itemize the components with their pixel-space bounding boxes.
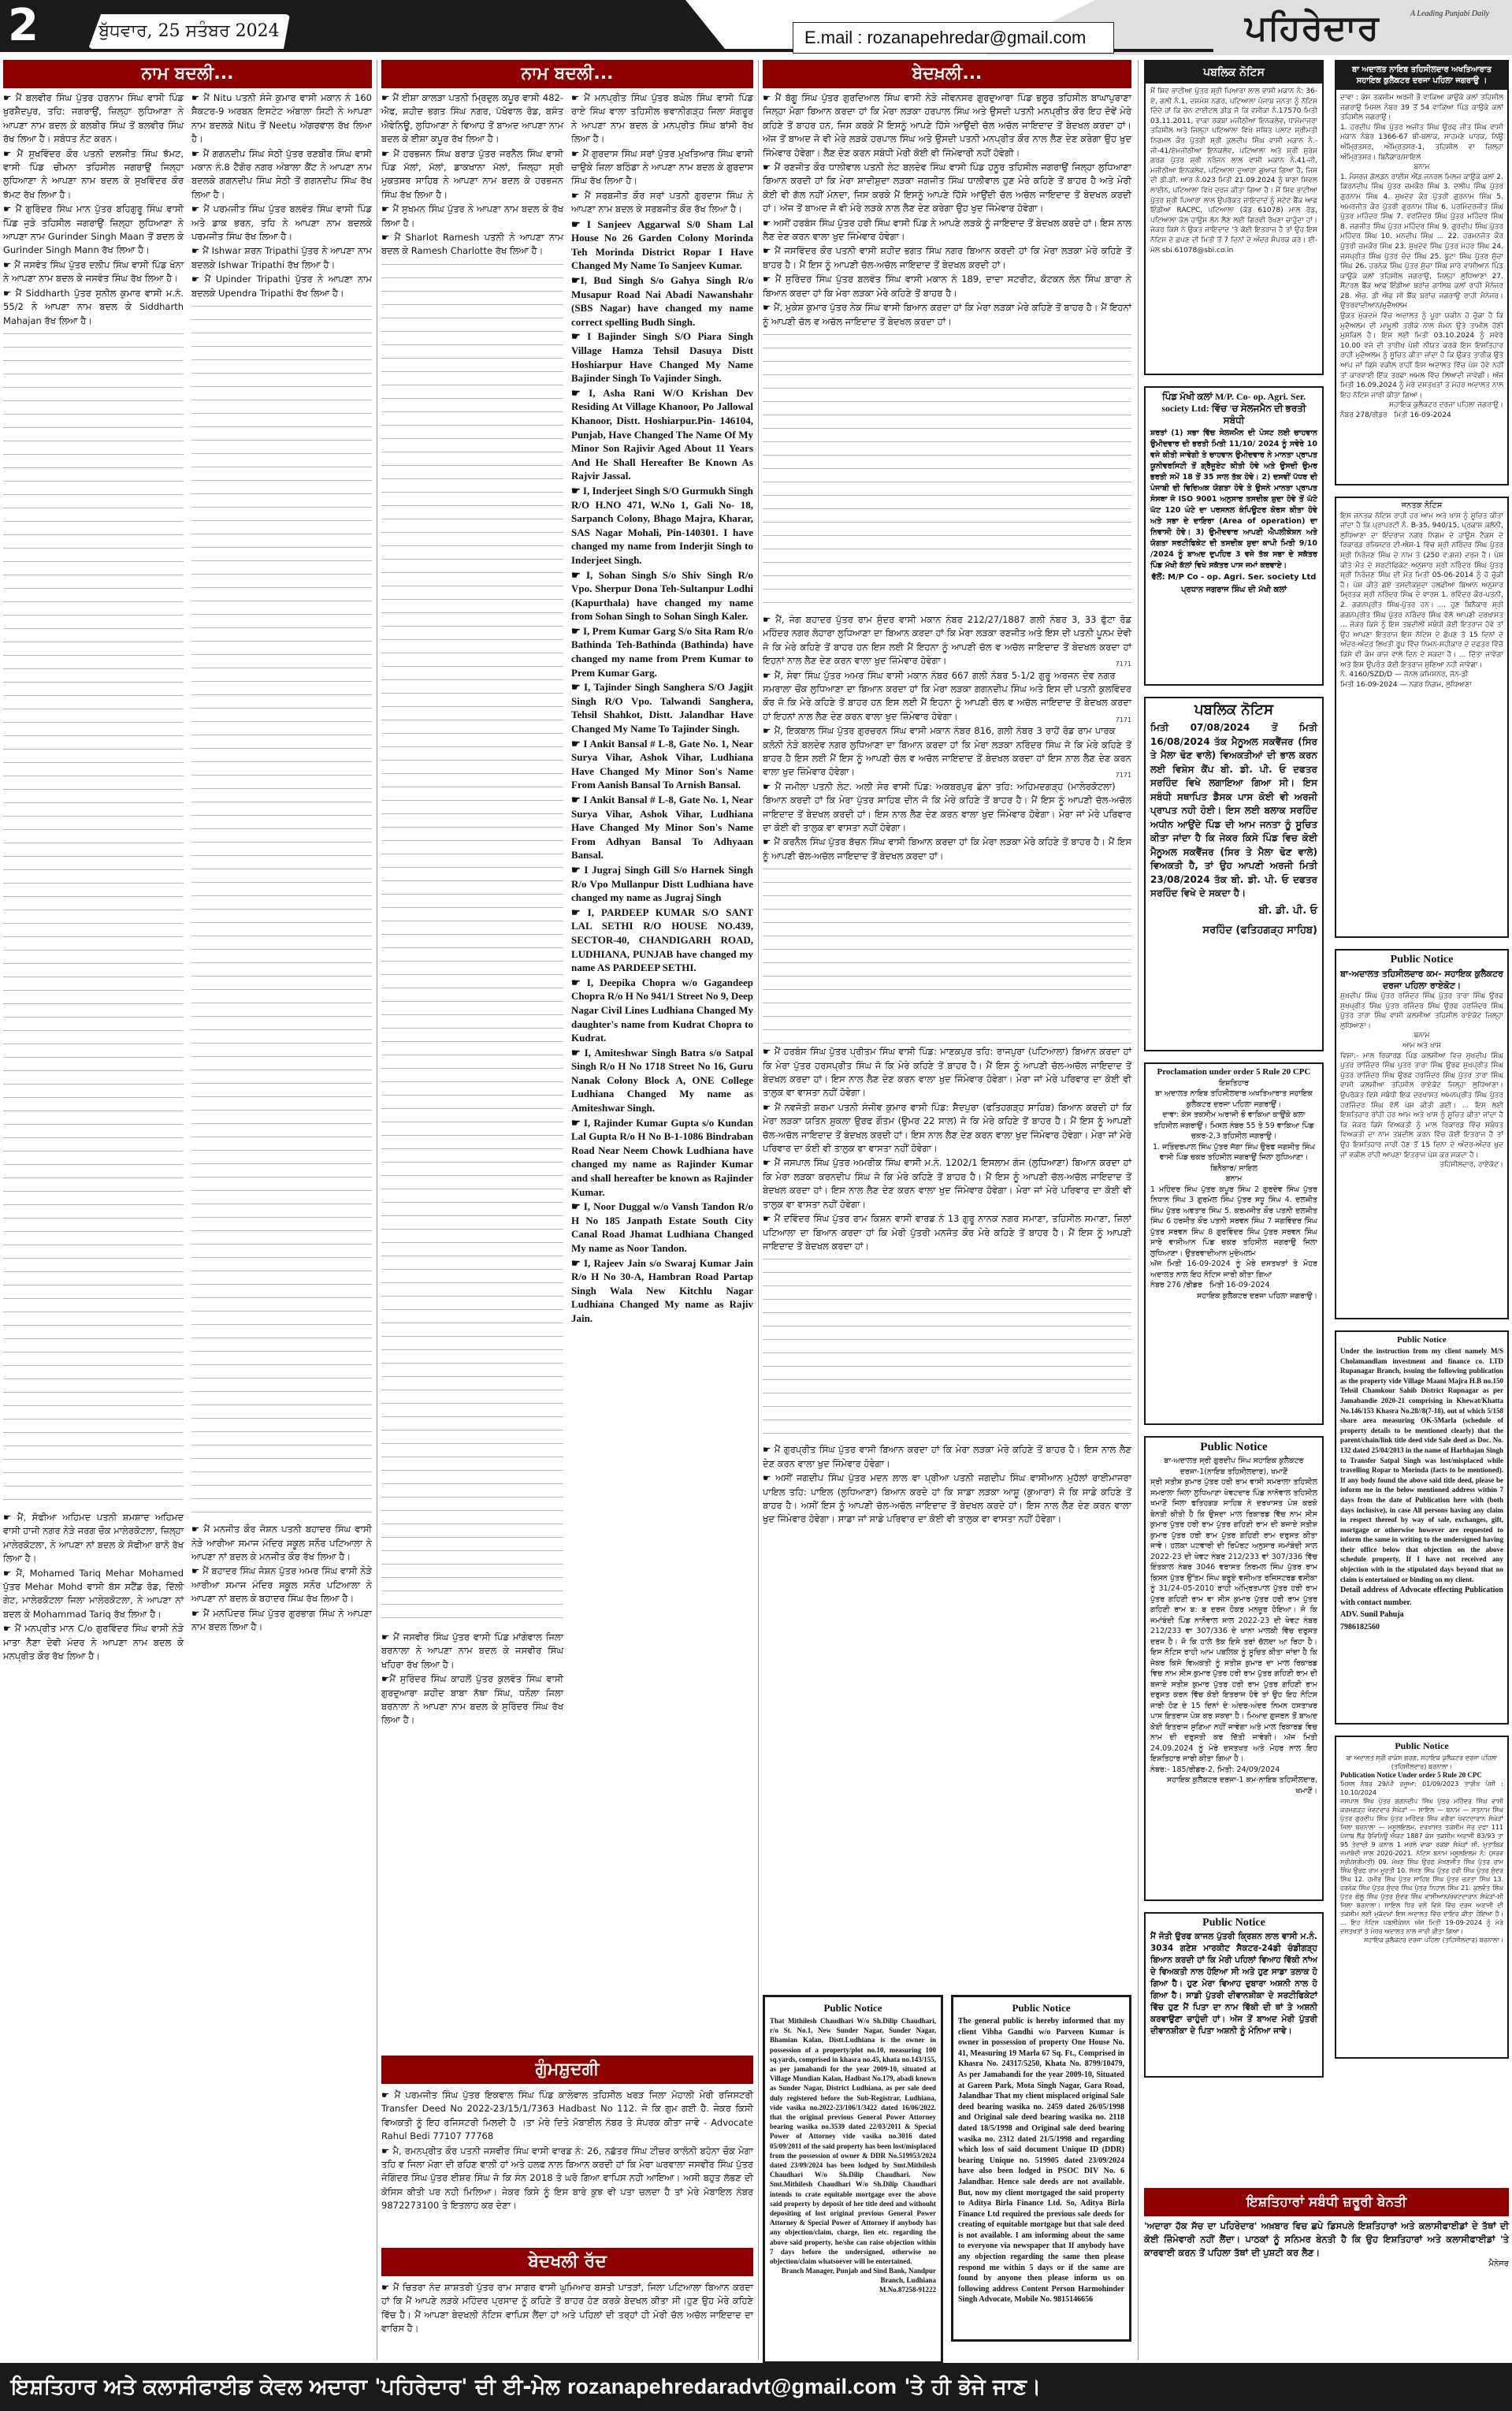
list-item-english: ☛ I, Noor Duggal w/o Vansh Tandon R/o H …: [571, 1200, 753, 1255]
newspaper-logo: ਪਹਿਰੇਦਾਰ: [1245, 8, 1380, 48]
email-link[interactable]: E.mail : rozanapehredar@gmail.com: [793, 22, 1114, 54]
notice-title: ਜਨਤਕ ਨੋਟਿਸ: [1340, 501, 1503, 512]
list-item: ☛ ਮੈਂ Siddharth ਪੁੱਤਰ ਸੁਨੀਲ ਕੁਮਾਰ ਵਾਸੀ ਮ…: [3, 287, 184, 328]
notice-body: ਮੈਂ ਜੋਤੀ ਉਰਫ ਕਾਜਲ ਪੁੱਤਰੀ ਕ੍ਰਿਸ਼ਨ ਲਾਲ ਵਾਸ…: [1150, 1931, 1317, 2037]
notice-title: ਬਾ ਅਦਾਲਤ ਨਾਇਬ ਤਹਿਸੀਲਦਾਰ ਅਖਤਿਆਰਾਤ ਸਹਾਇਕ ਕ…: [1336, 61, 1507, 90]
list-item: ☛ ਮੈਂ Upinder Tripathi ਪੁੱਤਰ ਨੇ ਆਪਣਾ ਨਾਮ…: [191, 273, 372, 300]
list-item: ☛ ਮੈਂ, Mohamed Tariq Mehar Mohamed ਪੁੱਤਰ…: [3, 1567, 184, 1622]
list-item: ☛ ਮੈਂ ਹਰਭਜਨ ਸਿੰਘ ਬਰਾੜ ਪੁੱਤਰ ਜਰਨੈਲ ਸਿੰਘ ਵ…: [381, 147, 563, 203]
public-notice-mithilesh: Public Notice That Mithilesh Chaudhari W…: [763, 1995, 943, 2364]
list-item-english: ☛ I, Amiteshwar Singh Batra s/o Satpal S…: [571, 1046, 753, 1115]
subcolumn-right: ☛ ਮੈਂ Nitu ਪਤਨੀ ਸੰਜੇ ਕੁਮਾਰ ਵਾਸੀ ਮਕਾਨ ਨੰ …: [191, 91, 372, 1664]
notice-phone: M.No.87258-91222: [770, 2285, 936, 2294]
list-item: ☛ ਮੈਂ ਸੁਖਮਨ ਸਿੰਘ ਪੁੱਤਰ ਨੇ ਆਪਣਾ ਨਾਮ ਬਦਲ ਕ…: [381, 203, 563, 230]
parties-text: ਸੁਖਦੀਪ ਸਿੰਘ ਪੁੱਤਰ ਰਜਿੰਦਰ ਸਿੰਘ ਪੁੱਤਰ ਤਾਰਾ…: [1340, 992, 1503, 1031]
notice-title: Public Notice: [1340, 1335, 1503, 1345]
list-item: ☛ ਮੈਂ ਜਸਵੰਤ ਸਿੰਘ ਪੁੱਤਰ ਦਲੀਪ ਸਿੰਘ ਵਾਸੀ ਪਿ…: [3, 259, 184, 286]
plaintiff-text: 1. ਹਰਦੀਪ ਸਿੰਘ ਪੁੱਤਰ ਅਜੀਤ ਸਿੰਘ ਉਰਫ ਜੀਤ ਸਿ…: [1340, 123, 1503, 162]
notice-title: Public Notice: [958, 2002, 1124, 2015]
list-item: ☛ ਮੈਂ ਗੁਰਪ੍ਰੀਤ ਸਿੰਘ ਪੁੱਤਰ ਵਾਸੀ ਬਿਆਨ ਕਰਦਾ…: [763, 1443, 1131, 1471]
proclamation-notice: Proclamation under order 5 Rule 20 CPC ਇ…: [1144, 1062, 1324, 1425]
notice-title: Proclamation under order 5 Rule 20 CPC: [1150, 1067, 1317, 1078]
public-notice-vibha: Public Notice The general public is here…: [951, 1995, 1131, 2342]
list-item: ☛ ਮੈਂ Nitu ਪਤਨੀ ਸੰਜੇ ਕੁਮਾਰ ਵਾਸੀ ਮਕਾਨ ਨੰ …: [191, 91, 372, 147]
notice-number: ਨੰਬਰ:- 185/ਰੀਡਰ-2, ਮਿਤੀ: 24/09/2024: [1150, 1765, 1317, 1776]
section-header-name-change: ਨਾਮ ਬਦਲੀ...: [381, 60, 753, 88]
notice-signature: ਸਹਾਇਕ ਕੁਲੈਕਟਰ ਦਰਜਾ ਪਹਿਲਾ ਜਗਰਾਉ।: [1340, 400, 1503, 411]
versus-label: ਬਨਾਮ: [1340, 162, 1503, 173]
claim-text: ਦਾਵਾ: ਕੇਸ ਤਕਸੀਮ ਅਰਾਜੀ ਭੌ ਵਾਕਿਆ ਕਾਉਂਕੇ ਕਲ…: [1150, 1110, 1317, 1142]
list-item: ☛ ਮੈਂ ਕਰਨੈਲ ਸਿੰਘ ਪੁੱਤਰ ਬੱਚਨ ਸਿੰਘ ਵਾਸੀ ਬਿ…: [763, 835, 1131, 863]
subcolumn-left: ☛ ਮੈਂ ਬਲਵੀਰ ਸਿੰਘ ਪੁੱਤਰ ਹਰਨਾਮ ਸਿੰਘ ਵਾਸੀ ਪ…: [3, 91, 184, 1664]
list-item: ☛ ਮੈਂ ਗੁਰਦਾਸ ਸਿੰਘ ਸਰਾਂ ਪੁੱਤਰ ਮੁਖਤਿਆਰ ਸਿੰ…: [571, 147, 753, 188]
section-header-disinherit-cancel: ਬੇਦਖਲੀ ਰੱਦ: [381, 2248, 753, 2276]
list-item: ☛ ਮੈਂ ਮਨਪ੍ਰੀਤ ਸਿੰਘ ਪੁੱਤਰ ਬਘੇਲ ਸਿੰਘ ਵਾਸੀ …: [571, 91, 753, 147]
list-item: ☛ਮੈਂ ਸੁਰਿੰਦਰ ਸਿੰਘ ਕਾਹਲੋਂ ਪੁੱਤਰ ਕੁਲਵੰਤ ਸਿ…: [381, 1672, 563, 1728]
notice-subtitle: ਇਸ਼ਤਿਹਾਰ: [1150, 1078, 1317, 1089]
classified-text-block: [763, 864, 1131, 1045]
section-header-ad-request: ਇਸ਼ਤਿਹਾਰਾਂ ਸਬੰਧੀ ਜ਼ਰੂਰੀ ਬੇਨਤੀ: [1144, 2188, 1509, 2216]
notice-signature: Branch Manager, Punjab and Sind Bank, Na…: [770, 2266, 936, 2285]
advocate-phone: 7986182560: [1340, 1621, 1503, 1634]
public-notice-cholamandlam: Public Notice Under the instruction from…: [1335, 1330, 1509, 1725]
ad-request-signature: ਮੈਨੇਜਰ: [1144, 2260, 1509, 2268]
list-item: ☛ ਮੈਂ ਜਸਵੀਰ ਸਿੰਘ ਪੁੱਤਰ ਵਾਸੀ ਪਿੰਡ ਮਾਂਗੇਵਾ…: [381, 1631, 563, 1672]
subcolumn-right: ☛ ਮੈਂ ਮਨਪ੍ਰੀਤ ਸਿੰਘ ਪੁੱਤਰ ਬਘੇਲ ਸਿੰਘ ਵਾਸੀ …: [571, 91, 753, 1728]
court-name: ਬਾ-ਅਦਾਲਤ ਸ੍ਰੀ ਗੁਰਦੀਪ ਸਿੰਘ ਸਹਾਇਕ ਕੁਲੈਕਟਰ …: [1150, 1456, 1317, 1477]
list-item: ☛ ਮੈਂ, ਇਕਬਾਲ ਸਿੰਘ ਪੁੱਤਰ ਗੁਰਚਰਨ ਸਿੰਘ ਵਾਸੀ…: [763, 724, 1131, 779]
column-name-change-1: ਨਾਮ ਬਦਲੀ... ☛ ਮੈਂ ਬਲਵੀਰ ਸਿੰਘ ਪੁੱਤਰ ਹਰਨਾਮ…: [3, 60, 372, 1664]
notice-number: ਨੰਬਰ 278/ਰੀਡਰ ਮਿਤੀ 16-09-2024: [1340, 411, 1503, 421]
notice-subtitle: Publication Notice Under order 5 Rule 20…: [1340, 1771, 1503, 1780]
notice-title: Public Notice: [1150, 1441, 1317, 1454]
court-name: ਬਾ ਅਦਾਲਤ ਸ੍ਰੀ ਰਾਕੇਸ ਗਰਗ, ਸਹਾਇਕ ਕੁਲੈਕਟਰ ਦ…: [1340, 1754, 1503, 1771]
footer-text-end: 'ਤੇ ਹੀ ਭੇਜੇ ਜਾਣ।: [904, 2375, 1041, 2399]
list-item: ☛ ਮੈਂ ਜਸਪਾਲ ਸਿੰਘ ਪੁੱਤਰ ਅਮਰੀਕ ਸਿੰਘ ਵਾਸੀ ਮ…: [763, 1156, 1131, 1211]
footer-email-link[interactable]: rozanapehredaradvt@gmail.com: [567, 2375, 897, 2398]
ref-code: 7171: [1116, 765, 1131, 782]
list-item: ☛ ਅਸੀਂ ਹਰਬੰਸ ਸਿੰਘ ਪੁੱਤਰ ਹਰੀ ਸਿੰਘ ਵਾਸੀ ਪਿ…: [763, 217, 1131, 244]
list-item-english: ☛ I, Sohan Singh S/o Shiv Singh R/o Vpo.…: [571, 568, 753, 623]
masthead: 2 ਬੁੱਧਵਾਰ, 25 ਸਤੰਬਰ 2024 E.mail : rozana…: [0, 0, 1512, 54]
list-item: ☛ ਮੈਂ ਹਰਬੰਸ ਸਿੰਘ ਪੁੱਤਰ ਪ੍ਰੀਤਮ ਸਿੰਘ ਵਾਸੀ …: [763, 1045, 1131, 1100]
date-label: ਬੁੱਧਵਾਰ, 25 ਸਤੰਬਰ 2024: [88, 14, 290, 49]
column-notices-a: ਪਬਲਿਕ ਨੋਟਿਸ ਮੈਂ ਸ਼ਿਵ ਭਾਟੀਆ ਪੁੱਤਰ ਸ਼੍ਰੀ ਪ…: [1144, 60, 1324, 2089]
classified-text-block: [191, 301, 372, 1523]
claim-text: ਦਾਵਾ : ਕੇਸ ਤਕਸੀਮ ਅਰਜੀ ਭੌ ਵਾਕਿਆ ਕਾਉਕੇ ਕਲਾ…: [1340, 93, 1503, 123]
notice-body: ਮੈਂ ਸ਼ਿਵ ਭਾਟੀਆ ਪੁੱਤਰ ਸ਼੍ਰੀ ਪਿਆਰਾ ਲਾਲ ਵਾਸ…: [1150, 87, 1317, 255]
list-item-english: ☛ I, Rajeev Jain s/o Swaraj Kumar Jain R…: [571, 1256, 753, 1326]
classified-text-block: [763, 329, 1131, 613]
list-item-english: ☛ I Jugraj Singh Gill S/o Harnek Singh R…: [571, 863, 753, 905]
list-item: ☛ ਮੈਂ ਗੁਰਿੰਦਰ ਸਿੰਘ ਮਾਨ ਪੁੱਤਰ ਬਹਿਗੁਰੂ ਸਿੰ…: [3, 203, 184, 258]
notice-signature: ਵੱਲੋਂ: M/P Co - op. Agri. Ser. society L…: [1150, 571, 1317, 597]
closing-text: ਅੱਜ ਮਿਤੀ 16-09-2024 ਨੂੰ ਮੇਰੇ ਦਸਤਖਤਾਂ ਤੇ …: [1150, 1259, 1317, 1280]
list-item-english: ☛ I, Asha Rani W/O Krishan Dev Residing …: [571, 386, 753, 483]
notice-body: Under the instruction from my client nam…: [1340, 1346, 1503, 1584]
notice-number: ਨੰ. 4160/SZD/D — ਜੋਨਲ ਕਮਿਸ਼ਨਰ, ਜੋਨ-ਡੀ: [1340, 670, 1503, 680]
notice-number: ਨੰਬਰ 276 /ਰੀਡਰ ਮਿਤੀ 16-09-2024: [1150, 1280, 1317, 1291]
list-item-english: ☛ I Sanjeev Aggarwal S/0 Sham Lal House …: [571, 218, 753, 273]
list-item-english: ☛ I, Inderjeet Singh S/O Gurmukh Singh R…: [571, 484, 753, 567]
notice-date: ਮਿਤੀ 16-09-2024 — ਨਗਰ ਨਿਗਮ, ਲੁਧਿਆਣਾ: [1340, 680, 1503, 690]
public-notice-jyoti: Public Notice ਮੈਂ ਜੋਤੀ ਉਰਫ ਕਾਜਲ ਪੁੱਤਰੀ ਕ…: [1144, 1912, 1324, 2078]
notice-title: Public Notice: [1340, 954, 1503, 966]
classified-text-block: [3, 329, 184, 1511]
list-item: ☛ ਮੈਂ ਬਲਵੀਰ ਸਿੰਘ ਪੁੱਤਰ ਹਰਨਾਮ ਸਿੰਘ ਵਾਸੀ ਪ…: [3, 91, 184, 147]
list-item: ☛ ਮੈਂ ਸੁਖਵਿੰਦਰ ਕੌਰ ਪਤਨੀ ਦਲਜੀਤ ਸਿੰਘ ਝੱਮਟ,…: [3, 147, 184, 203]
notice-signature: ਸਹਾਇਕ ਕੁਲੈਕਟਰ ਦਰਜਾ ਪਹਿਲਾ ਜਗਰਾਉ।: [1150, 1291, 1317, 1302]
list-item: ☛ ਮੈਂ ਮਨਜੀਤ ਕੌਰ ਜੋਸ਼ਨ ਪਤਨੀ ਬਹਾਦਰ ਸਿੰਘ ਵਾ…: [191, 1523, 372, 1564]
ref-code: 7171: [1116, 654, 1131, 671]
versus-label: ਬਨਾਮ: [1340, 1031, 1503, 1041]
notice-title: Public Notice: [1340, 1740, 1503, 1752]
list-item: ☛ ਮੈਂ, ਜੰਗ ਬਹਾਦਰ ਪੁੱਤਰ ਰਾਮ ਸੁੰਦਰ ਵਾਸੀ ਮਕ…: [763, 613, 1131, 668]
public-notice-bdpo: ਪਬਲਿਕ ਨੋਟਿਸ ਮਿਤੀ 07/08/2024 ਤੋਂ ਮਿਤੀ 16/…: [1144, 697, 1324, 1051]
column-name-change-2: ਨਾਮ ਬਦਲੀ... ☛ ਮੈਂ ਈਸ਼ਾ ਕਾਲੜਾ ਪਤਨੀ ਮ੍ਰਿਦੁ…: [381, 60, 753, 1728]
advocate-name: ADV. Sunil Pahuja: [1340, 1609, 1503, 1621]
court-notice-kauke: ਬਾ ਅਦਾਲਤ ਨਾਇਬ ਤਹਿਸੀਲਦਾਰ ਅਖਤਿਆਰਾਤ ਸਹਾਇਕ ਕ…: [1335, 60, 1509, 486]
agri-society-recruitment-notice: ਪਿੰਡ ਮੱਖੀ ਕਲਾਂ M/P. Co- op. Agri. Ser. s…: [1144, 386, 1324, 686]
list-item: ☛ ਮੈਂ ਬਹਾਦਰ ਸਿੰਘ ਜੋਸ਼ਨ ਪੁੱਤਰ ਅਮਰ ਸਿੰਘ ਵਾ…: [191, 1565, 372, 1605]
list-item: ☛ ਮੈਂ, ਸੋਫੀਆ ਅਹਿਮਦ ਪਤਨੀ ਸ਼ਮਸ਼ਾਦ ਅਹਿਮਦ ਵਾ…: [3, 1511, 184, 1566]
notice-body: ਵਿਸ਼ਾ:- ਮਾਲ ਰਿਕਾਰਡ ਪਿੰਡ ਕਲਸੀਆ ਵਿਚ ਸੁਖਦੀਪ…: [1340, 1051, 1503, 1161]
notice-body: ਉਕਤ ਮੁੱਕਦਮੇ ਵਿੱਚ ਅਦਾਲਤ ਨੂੰ ਪੂਰਾ ਯਕੀਨ ਹੋ …: [1340, 311, 1503, 400]
footer-text: ਇਸ਼ਤਿਹਾਰ ਅਤੇ ਕਲਾਸੀਫਾਈਡ ਕੇਵਲ ਅਦਾਰਾ 'ਪਹਿਰੇ…: [11, 2375, 560, 2399]
section-header-disinherit: ਬੇਦਖ਼ਲੀ...: [763, 60, 1131, 88]
ref-code: 7171: [1116, 710, 1131, 727]
list-item: ☛ ਮੈਂ ਸਰਬਜੀਤ ਕੌਰ ਸਰਾਂ ਪਤਨੀ ਗੁਰਦਾਸ ਸਿੰਘ ਨ…: [571, 189, 753, 217]
section-header-missing: ਗੁੰਮਸ਼ੁਦਗੀ: [381, 2056, 753, 2084]
list-item: ☛ ਮੈ, ਰਮਨਪ੍ਰੀਤ ਕੌਰ ਪਤਨੀ ਜਸਵੀਰ ਸਿੰਘ ਵਾਸੀ …: [381, 2145, 753, 2213]
section-header-name-change: ਨਾਮ ਬਦਲੀ...: [3, 60, 372, 88]
public-notice-barnala: Public Notice ਬਾ ਅਦਾਲਤ ਸ੍ਰੀ ਰਾਕੇਸ ਗਰਗ, ਸ…: [1335, 1736, 1509, 2059]
list-item: ☛ ਮੈਂ ਨਵਜੋਤੀ ਸ਼ਰਮਾ ਪਤਨੀ ਸੰਜੀਵ ਕੁਮਾਰ ਵਾਸੀ…: [763, 1101, 1131, 1156]
notice-body: That Mithilesh Chaudhari W/o Sh.Dilip Ch…: [770, 2016, 936, 2266]
advocate-footer: Detail address of Advocate effecting Pub…: [1340, 1584, 1503, 1609]
notice-signature: ਸਹਾਇਕ ਕੁਲੈਕਟਰ ਦਰਜਾ ਪਹਿਲਾ (ਤਹਿਸੀਲਦਾਰ) ਬਰਨ…: [1340, 1936, 1503, 1944]
court-name: ਬਾ ਅਦਾਲਤ ਨਾਇਬ ਤਹਿਸੀਲਦਾਰ ਅਖਤਿਆਰਾਤ ਸਹਾਇਕ ਕ…: [1150, 1088, 1317, 1110]
list-item-english: ☛ I, PARDEEP KUMAR S/O SANT LAL SETHI R/…: [571, 906, 753, 975]
notice-title: ਪਿੰਡ ਮੱਖੀ ਕਲਾਂ M/P. Co- op. Agri. Ser. s…: [1150, 391, 1317, 426]
notice-signature: ਤਹਿਸੀਲਦਾਰ, ਰਾਏਕੋਟ।: [1340, 1160, 1503, 1170]
ad-request-body: 'ਅਦਾਰਾ ਹੱਕ ਸੱਚ ਦਾ ਪਹਿਰੇਦਾਰ' ਅਖ਼ਬਾਰ ਵਿਚ ਛ…: [1144, 2219, 1509, 2260]
versus-label-2: ਆਮ ਅਤੇ ਖਾਸ: [1340, 1041, 1503, 1051]
notice-body: ਜਸਪਾਲ ਸਿੰਘ ਪੁੱਤਰ ਗਗਨਦੀਪ ਸਿੰਘ ਪੁੱਤਰ ਮਹਿੰਦ…: [1340, 1797, 1503, 1936]
notice-body: ਇਸ ਜਨਤਕ ਨੋਟਿਸ ਰਾਹੀ ਹਰ ਆਮ ਅਤੇ ਖਾਸ ਨੂੰ ਸੂਚ…: [1340, 512, 1503, 671]
list-item-english: ☛ I, Deepika Chopra w/o Gagandeep Chopra…: [571, 976, 753, 1045]
column-disinherit: ਬੇਦਖ਼ਲੀ... ☛ ਮੈਂ ਬੱਗੂ ਸਿੰਘ ਪੁੱਤਰ ਗੁਰਦਿਆਲ…: [763, 60, 1131, 1527]
notice-signature: ਬੀ. ਡੀ. ਪੀ. ਓ: [1150, 901, 1317, 921]
list-item: ☛ ਮੈਂ ਈਸ਼ਾ ਕਾਲੜਾ ਪਤਨੀ ਮ੍ਰਿਦੁਲ ਕਪੂਰ ਵਾਸੀ …: [381, 91, 563, 147]
court-name: ਬਾ-ਅਦਾਲਤ ਤਹਿਸੀਲਦਾਰ ਕਮ- ਸਹਾਇਕ ਕੁਲੈਕਟਰ ਦਰਜ…: [1340, 968, 1503, 992]
public-notice-shiv: ਪਬਲਿਕ ਨੋਟਿਸ ਮੈਂ ਸ਼ਿਵ ਭਾਟੀਆ ਪੁੱਤਰ ਸ਼੍ਰੀ ਪ…: [1144, 60, 1324, 375]
versus-label: ਬਨਾਮ: [1150, 1174, 1317, 1185]
list-item-english: ☛ I Ankit Bansal # L-8, Gate No. 1, Near…: [571, 737, 753, 792]
list-item-english: ☛ I, Rajinder Kumar Gupta s/o Kundan Lal…: [571, 1116, 753, 1200]
notice-body: ਮਿਤੀ 07/08/2024 ਤੋਂ ਮਿਤੀ 16/08/2024 ਤੱਕ …: [1150, 721, 1317, 901]
tagline: A Leading Punjabi Daily: [1410, 9, 1489, 18]
list-item: ☛ ਮੈਂ ਗਗਨਦੀਪ ਸਿੰਘ ਸੇਠੀ ਪੁੱਤਰ ਰਣਬੀਰ ਸਿੰਘ …: [191, 147, 372, 203]
list-item: ☛ ਮੈਂ ਚਿਤਰਾ ਨੰਦ ਸ਼ਾਸ਼ਤਰੀ ਪੁੱਤਰ ਰਾਮ ਸਾਗਰ …: [381, 2281, 753, 2336]
column-divider: [377, 60, 377, 2360]
notice-title: Public Notice: [1150, 1917, 1317, 1929]
list-item: ☛ ਮੈਂ ਪਰਮਜੀਤ ਸਿੰਘ ਪੁੱਤਰ ਬਲਵੰਤ ਸਿੰਘ ਵਾਸੀ …: [191, 203, 372, 244]
notice-meta: ਮਿਸਲ ਨੰਬਰ 29/ਪੀ ਰਜੂਆ: 01/09/2023 ਤਾਰੀਖ ਪ…: [1340, 1780, 1503, 1797]
notice-body: ਸ੍ਰੀ ਸਤੀਸ਼ ਕੁਮਾਰ ਪੁੱਤਰ ਹਰੀ ਰਾਮ ਵਾਸੀ ਸਮਰਾ…: [1150, 1477, 1317, 1765]
list-item: ☛ ਮੈਂ, ਮੁਕੇਸ਼ ਕੁਮਾਰ ਪੁੱਤਰ ਨੇਕ ਸਿੰਘ ਵਾਸੀ …: [763, 301, 1131, 329]
notice-title: Public Notice: [770, 2002, 936, 2015]
plaintiff-text: 1. ਜਤਿੰਦਰਪਾਲ ਸਿੰਘ ਪੁੱਤਰ ਜੱਗਾ ਸਿੰਘ ਉਰਫ ਜਗ…: [1150, 1142, 1317, 1174]
public-notice-satish: Public Notice ਬਾ-ਅਦਾਲਤ ਸ੍ਰੀ ਗੁਰਦੀਪ ਸਿੰਘ …: [1144, 1436, 1324, 1901]
defendants-text: 1 ਮਹਿੰਦਰ ਸਿੰਘ ਪੁੱਤਰ ਕਪੂਰ ਸਿੰਘ 2 ਗੁਰਦੇਵ ਸ…: [1150, 1185, 1317, 1259]
ad-request-section: ਇਸ਼ਤਿਹਾਰਾਂ ਸਬੰਧੀ ਜ਼ਰੂਰੀ ਬੇਨਤੀ 'ਅਦਾਰਾ ਹੱਕ…: [1144, 2188, 1509, 2268]
notice-body: ਸ਼ਰਤਾਂ (1) ਸਭਾ ਵਿੱਚ ਸੇਲਜਮੈਨ ਦੀ ਪੋਸਟ ਲਈ ਚ…: [1150, 428, 1317, 571]
list-item-english: ☛ I Bajinder Singh S/O Piara Singh Villa…: [571, 329, 753, 385]
list-item-english: ☛ I, Tajinder Singh Sanghera S/O Jagjit …: [571, 680, 753, 735]
subcolumn-left: ☛ ਮੈਂ ਈਸ਼ਾ ਕਾਲੜਾ ਪਤਨੀ ਮ੍ਰਿਦੁਲ ਕਪੂਰ ਵਾਸੀ …: [381, 91, 563, 1728]
page-number: 2: [8, 2, 39, 50]
column-notices-b: ਬਾ ਅਦਾਲਤ ਨਾਇਬ ਤਹਿਸੀਲਦਾਰ ਅਖਤਿਆਰਾਤ ਸਹਾਇਕ ਕ…: [1335, 60, 1509, 2070]
column-divider: [1138, 60, 1139, 2360]
list-item: ☛ ਮੈਂ ਰਣਜੀਤ ਕੌਰ ਧਾਲੀਵਾਲ ਪਤਨੀ ਲੇਟ ਬਲਦੇਵ ਸ…: [763, 161, 1131, 216]
list-item: ☛ ਮੈਂ ਜਸਵਿੰਦਰ ਕੌਰ ਪਤਨੀ ਵਾਸੀ ਸ਼ਹੀਦ ਭਗਤ ਸਿ…: [763, 244, 1131, 272]
notice-title: ਪਬਲਿਕ ਨੋਟਿਸ: [1150, 701, 1317, 718]
date-box: ਬੁੱਧਵਾਰ, 25 ਸਤੰਬਰ 2024: [88, 14, 290, 49]
list-item-english: ☛ I, Prem Kumar Garg S/o Sita Ram R/o Ba…: [571, 624, 753, 679]
list-item: ☛ ਮੈਂ Sharlot Ramesh ਪਤਨੀ ਨੇ ਆਪਣਾ ਨਾਮ ਬਦ…: [381, 231, 563, 259]
classified-text-block: [763, 1254, 1131, 1443]
defendants-text: 1. ਮੈਸਰਜ ਗੋਲਡਨ ਰਾਈਸ ਐਂਡ ਜਨਰਲ ਮਿਲਜ ਕਾਉਕੇ …: [1340, 173, 1503, 311]
classified-text-block: [381, 259, 563, 1631]
list-item-english: ☛ I Ankit Bansal # L-8, Gate No. 1, Near…: [571, 793, 753, 862]
list-item: ☛ ਮੈਂ ਦਵਿੰਦਰ ਸਿੰਘ ਪੁੱਤਰ ਰਾਮ ਕਿਸ਼ਨ ਵਾਸੀ ਵ…: [763, 1212, 1131, 1253]
list-item: ☛ ਅਸੀਂ ਜਗਦੀਪ ਸਿੰਘ ਪੁੱਤਰ ਮਦਨ ਲਾਲ ਵਾ ਪ੍ਰੀਆ…: [763, 1472, 1131, 1527]
list-item: ☛ ਮੈਂ ਮਨਪ੍ਰੀਤ ਮਾਨ C/o ਗੁਰਵਿੰਦਰ ਸਿੰਘ ਵਾਸੀ…: [3, 1622, 184, 1663]
list-item: ☛ ਮੈਂ ਬੱਗੂ ਸਿੰਘ ਪੁੱਤਰ ਗੁਰਦਿਆਲ ਸਿੰਘ ਵਾਸੀ …: [763, 91, 1131, 160]
list-item: ☛ ਮੈਂ ਪਰਮਜੀਤ ਸਿੰਘ ਪੁੱਤਰ ਇਕਵਾਲ ਸਿੰਘ ਪਿੰਡ …: [381, 2089, 753, 2144]
list-item-english: ☛I, Bud Singh S/o Gahya Singh R/o Musapu…: [571, 273, 753, 329]
column-divider: [758, 60, 759, 2360]
notice-body: The general public is hereby informed th…: [958, 2016, 1124, 2305]
notice-title: ਪਬਲਿਕ ਨੋਟਿਸ: [1146, 61, 1322, 84]
list-item: ☛ ਮੈਂ, ਸੇਵਾ ਸਿੰਘ ਪੁੱਤਰ ਅਮਰ ਸਿੰਘ ਵਾਸੀ ਮਕਾ…: [763, 669, 1131, 724]
list-item: ☛ ਮੈਂ Ishwar ਸ਼ਰਨ Tripathi ਪੁੱਤਰ ਨੇ ਆਪਣਾ…: [191, 244, 372, 272]
janatak-notice: ਜਨਤਕ ਨੋਟਿਸ ਇਸ ਜਨਤਕ ਨੋਟਿਸ ਰਾਹੀ ਹਰ ਆਮ ਅਤੇ …: [1335, 497, 1509, 938]
list-item: ☛ ਮੈਂ ਜਮੀਲਾ ਪਤਨੀ ਲੇਟ. ਅਲੀ ਸੇਰ ਵਾਸੀ ਪਿੰਡ:…: [763, 780, 1131, 835]
notice-signature: ਸਹਾਇਕ ਕੁਲੈਕਟਰ ਦਰਜਾ-1 ਕਮ-ਨਾਇਬ ਤਹਿਸੀਲਦਾਰ, …: [1150, 1775, 1317, 1796]
footer-banner: ਇਸ਼ਤਿਹਾਰ ਅਤੇ ਕਲਾਸੀਫਾਈਡ ਕੇਵਲ ਅਦਾਰਾ 'ਪਹਿਰੇ…: [0, 2363, 1512, 2411]
notice-signature: ਸਰਹਿੰਦ (ਫਤਿਹਗੜ੍ਹ ਸਾਹਿਬ): [1150, 921, 1317, 940]
list-item: ☛ ਮੈਂ ਮਨਪਿੰਦਰ ਸਿੰਘ ਪੁੱਤਰ ਗੁਰਭਾਗ ਸਿੰਘ ਨੇ …: [191, 1607, 372, 1635]
public-notice-raikot: Public Notice ਬਾ-ਅਦਾਲਤ ਤਹਿਸੀਲਦਾਰ ਕਮ- ਸਹਾ…: [1335, 949, 1509, 1319]
list-item: ☛ ਮੈਂ ਸੁਰਿੰਦਰ ਸਿੰਘ ਪੁੱਤਰ ਬਲਵੰਤ ਸਿੰਘ ਵਾਸੀ…: [763, 273, 1131, 300]
